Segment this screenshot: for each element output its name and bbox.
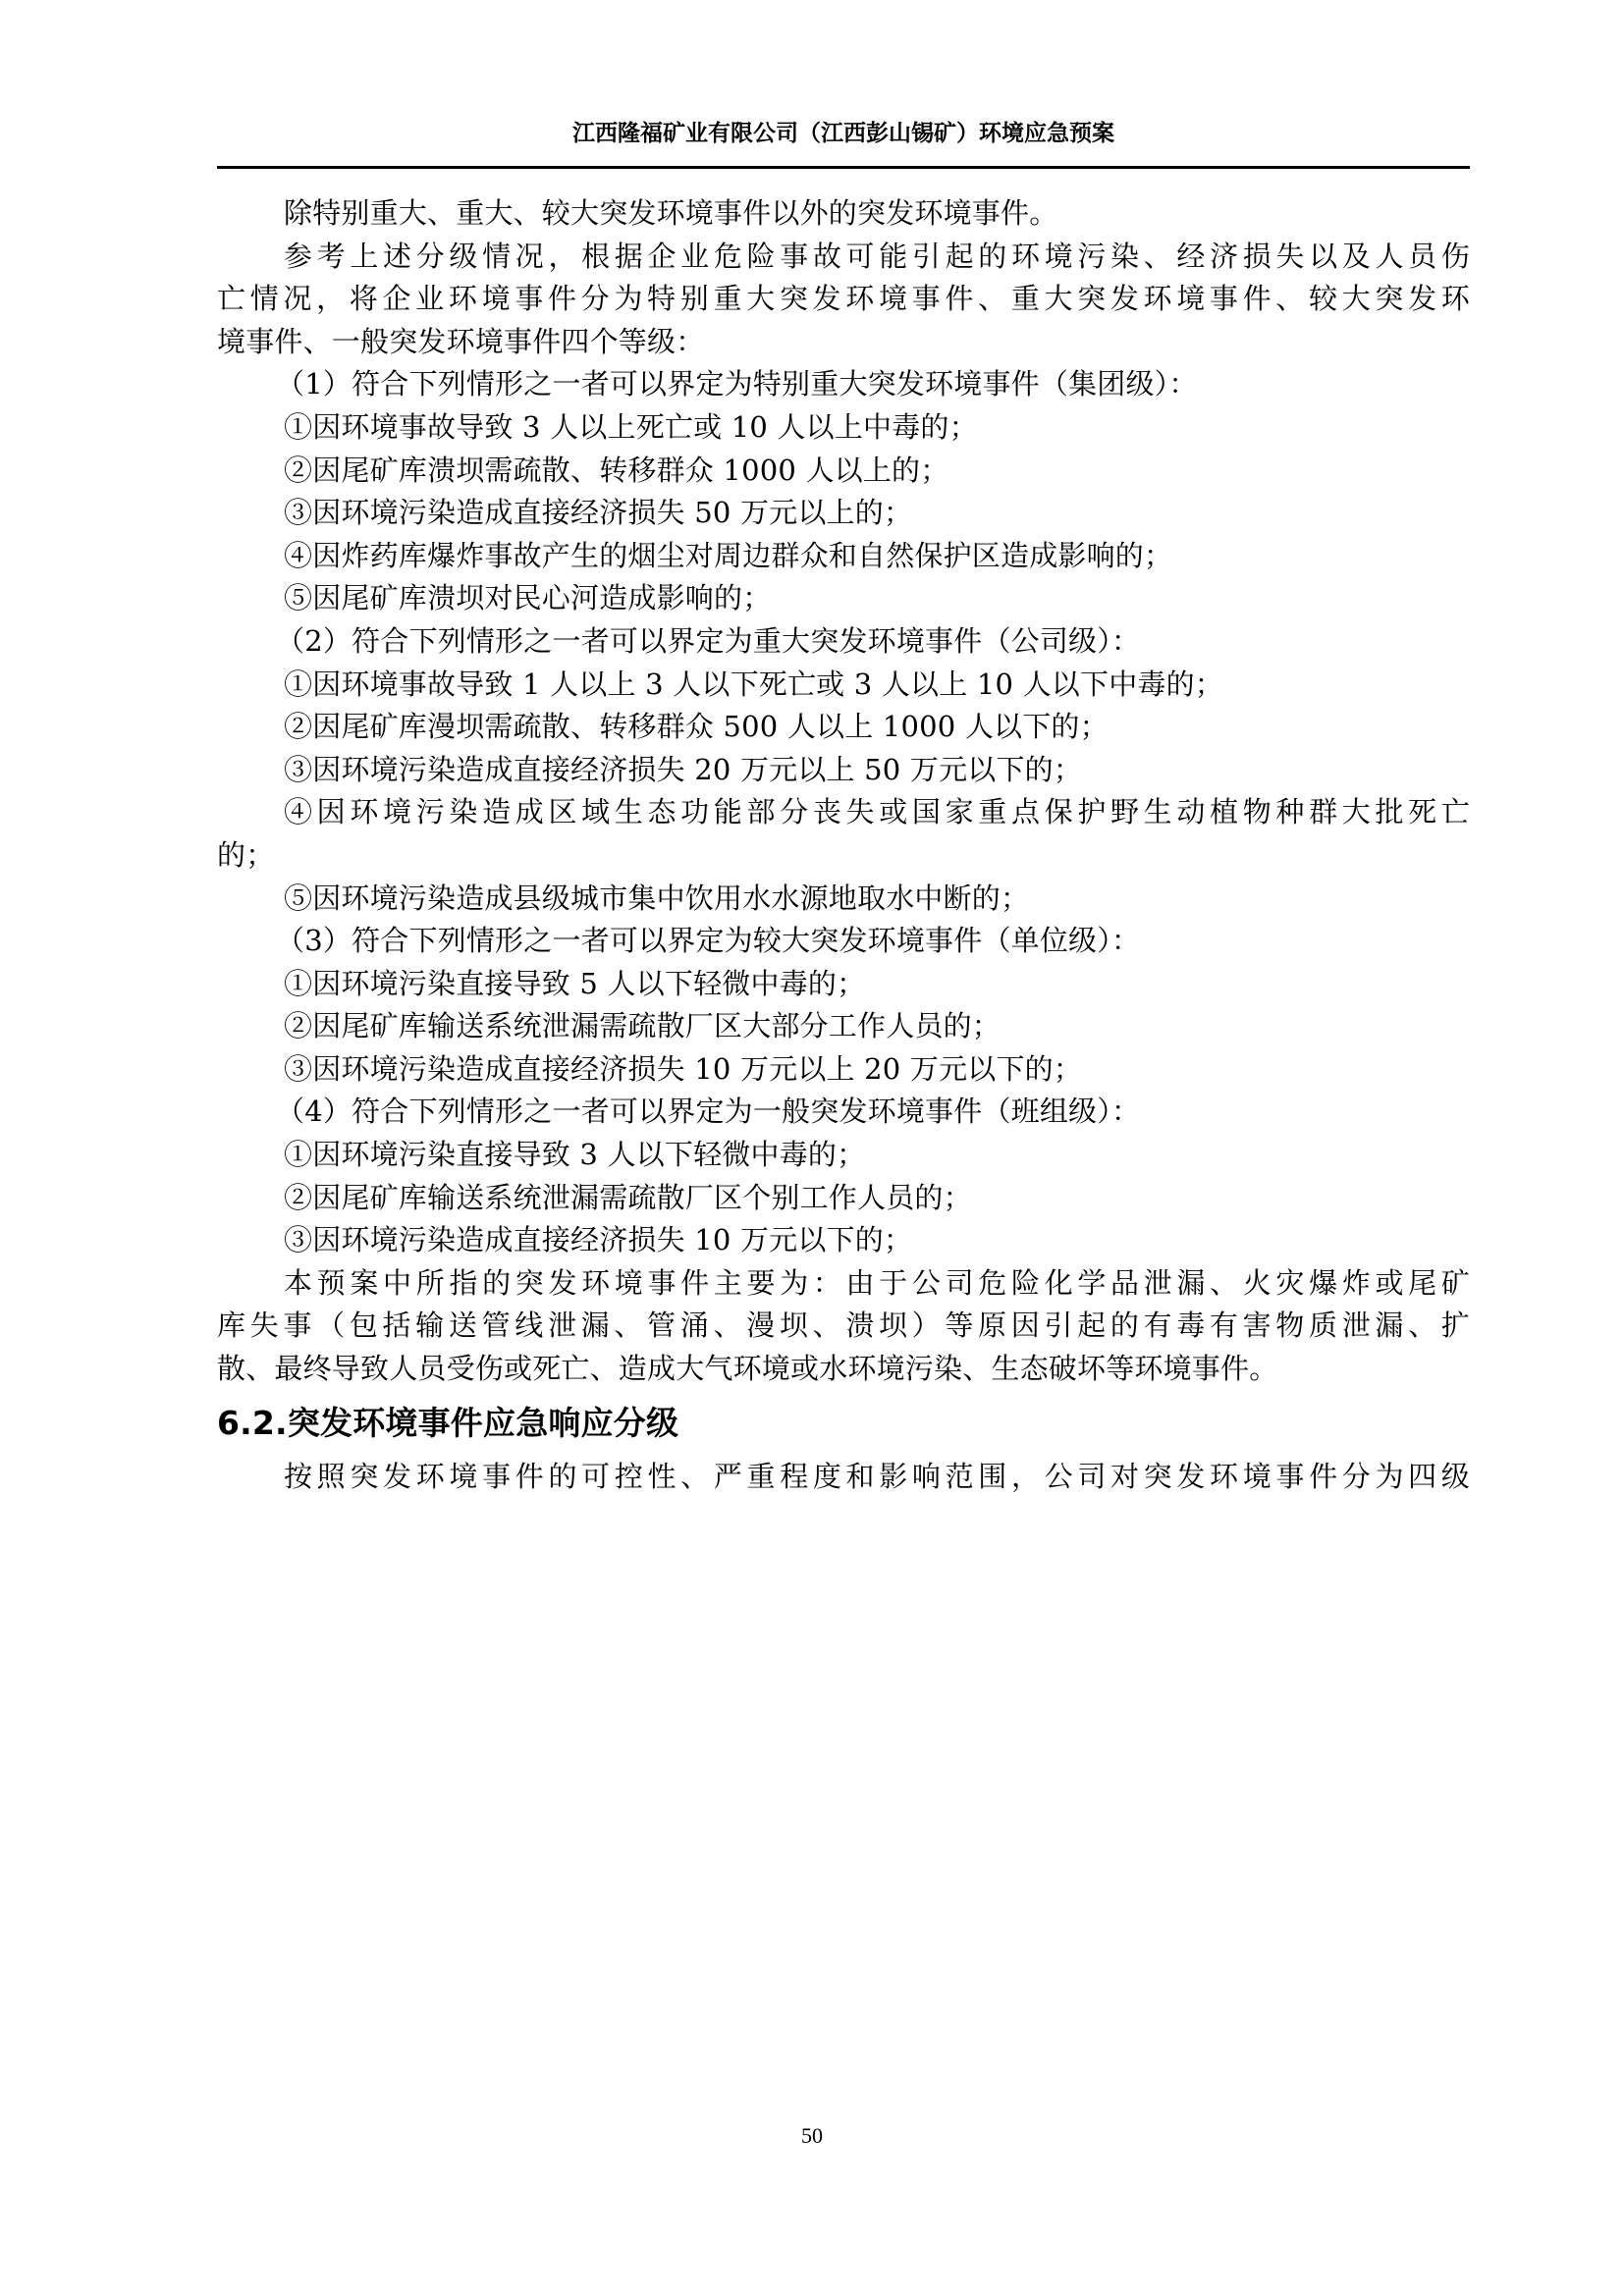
paragraph-line: 散、最终导致人员受伤或死亡、造成大气环境或水环境污染、生态破坏等环境事件。: [217, 1348, 1470, 1391]
list-item: ③因环境污染造成直接经济损失 10 万元以上 20 万元以下的；: [217, 1048, 1470, 1092]
list-item-continuation: 的；: [217, 834, 1470, 878]
list-item: ②因尾矿库漫坝需疏散、转移群众 500 人以上 1000 人以下的；: [217, 706, 1470, 749]
document-body: 除特别重大、重大、较大突发环境事件以外的突发环境事件。 参考上述分级情况，根据企…: [217, 192, 1470, 1498]
list-item: ⑤因环境污染造成县级城市集中饮用水水源地取水中断的；: [217, 878, 1470, 921]
paragraph-line: 参考上述分级情况，根据企业危险事故可能引起的环境污染、经济损失以及人员伤: [217, 236, 1470, 279]
level-2-criteria-title: （2）符合下列情形之一者可以界定为重大突发环境事件（公司级）：: [217, 620, 1470, 664]
paragraph-line: 除特别重大、重大、较大突发环境事件以外的突发环境事件。: [217, 192, 1470, 236]
level-1-criteria-title: （1）符合下列情形之一者可以界定为特别重大突发环境事件（集团级）：: [217, 363, 1470, 406]
page-header-title: 江西隆福矿业有限公司（江西彭山锡矿）环境应急预案: [217, 110, 1470, 167]
section-heading: 6.2.突发环境事件应急响应分级: [217, 1391, 1470, 1456]
list-item: ②因尾矿库溃坝需疏散、转移群众 1000 人以上的；: [217, 450, 1470, 493]
paragraph-line: 库失事（包括输送管线泄漏、管涌、漫坝、溃坝）等原因引起的有毒有害物质泄漏、扩: [217, 1305, 1470, 1348]
paragraph-line: 本预案中所指的突发环境事件主要为：由于公司危险化学品泄漏、火灾爆炸或尾矿: [217, 1262, 1470, 1306]
list-item: ③因环境污染造成直接经济损失 10 万元以下的；: [217, 1219, 1470, 1262]
header-divider: [217, 166, 1470, 169]
page-number: 50: [0, 2123, 1624, 2149]
list-item: ④因环境污染造成区域生态功能部分丧失或国家重点保护野生动植物种群大批死亡: [217, 791, 1470, 834]
list-item: ②因尾矿库输送系统泄漏需疏散厂区大部分工作人员的；: [217, 1005, 1470, 1048]
list-item: ①因环境事故导致 3 人以上死亡或 10 人以上中毒的；: [217, 406, 1470, 450]
list-item: ③因环境污染造成直接经济损失 50 万元以上的；: [217, 492, 1470, 535]
list-item: ②因尾矿库输送系统泄漏需疏散厂区个别工作人员的；: [217, 1177, 1470, 1220]
level-4-criteria-title: （4）符合下列情形之一者可以界定为一般突发环境事件（班组级）：: [217, 1091, 1470, 1134]
level-3-criteria-title: （3）符合下列情形之一者可以界定为较大突发环境事件（单位级）：: [217, 920, 1470, 963]
list-item: ④因炸药库爆炸事故产生的烟尘对周边群众和自然保护区造成影响的；: [217, 535, 1470, 578]
list-item: ⑤因尾矿库溃坝对民心河造成影响的；: [217, 577, 1470, 620]
list-item: ①因环境污染直接导致 3 人以下轻微中毒的；: [217, 1134, 1470, 1177]
paragraph-line: 按照突发环境事件的可控性、严重程度和影响范围，公司对突发环境事件分为四级: [217, 1456, 1470, 1499]
list-item: ①因环境事故导致 1 人以上 3 人以下死亡或 3 人以上 10 人以下中毒的；: [217, 664, 1470, 707]
list-item: ①因环境污染直接导致 5 人以下轻微中毒的；: [217, 963, 1470, 1006]
list-item: ③因环境污染造成直接经济损失 20 万元以上 50 万元以下的；: [217, 749, 1470, 792]
paragraph-line: 亡情况，将企业环境事件分为特别重大突发环境事件、重大突发环境事件、较大突发环: [217, 278, 1470, 321]
paragraph-line: 境事件、一般突发环境事件四个等级：: [217, 321, 1470, 364]
